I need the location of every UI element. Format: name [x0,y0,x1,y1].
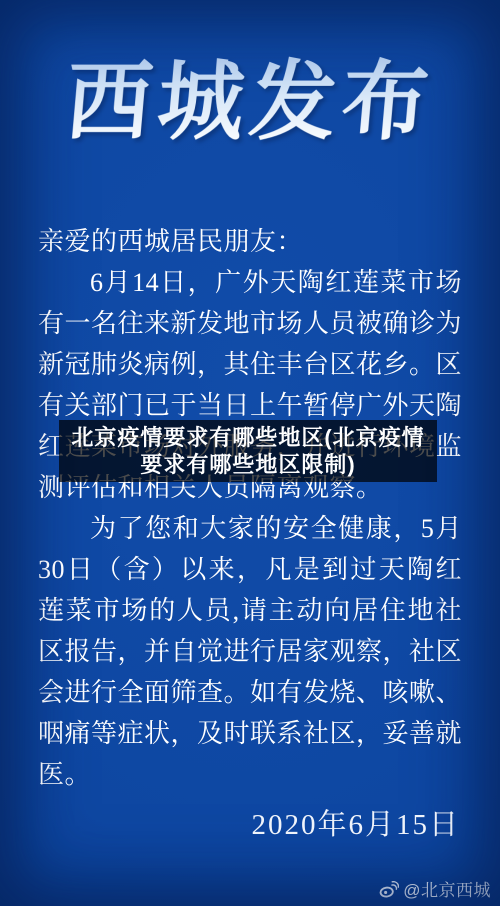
announcement-body: 亲爱的西城居民朋友： 6月14日，广外天陶红莲菜市场有一名往来新发地市场人员被确… [38,221,462,795]
body-paragraph-2: 为了您和大家的安全健康，5月30日（含）以来，凡是到过天陶红莲菜市场的人员,请主… [38,508,462,795]
brand-title: 西城发布 [0,54,500,150]
watermark: @北京西城 [379,876,491,901]
overlay-headline-text: 北京疫情要求有哪些地区(北京疫情要求有哪些地区限制) [65,424,431,478]
overlay-headline-box: 北京疫情要求有哪些地区(北京疫情要求有哪些地区限制) [59,420,437,482]
announcement-poster: 西城发布 亲爱的西城居民朋友： 6月14日，广外天陶红莲菜市场有一名往来新发地市… [0,0,500,906]
weibo-icon [379,880,399,898]
greeting-line: 亲爱的西城居民朋友： [38,221,462,262]
watermark-handle: @北京西城 [403,876,491,901]
date-line: 2020年6月15日 [251,802,460,843]
